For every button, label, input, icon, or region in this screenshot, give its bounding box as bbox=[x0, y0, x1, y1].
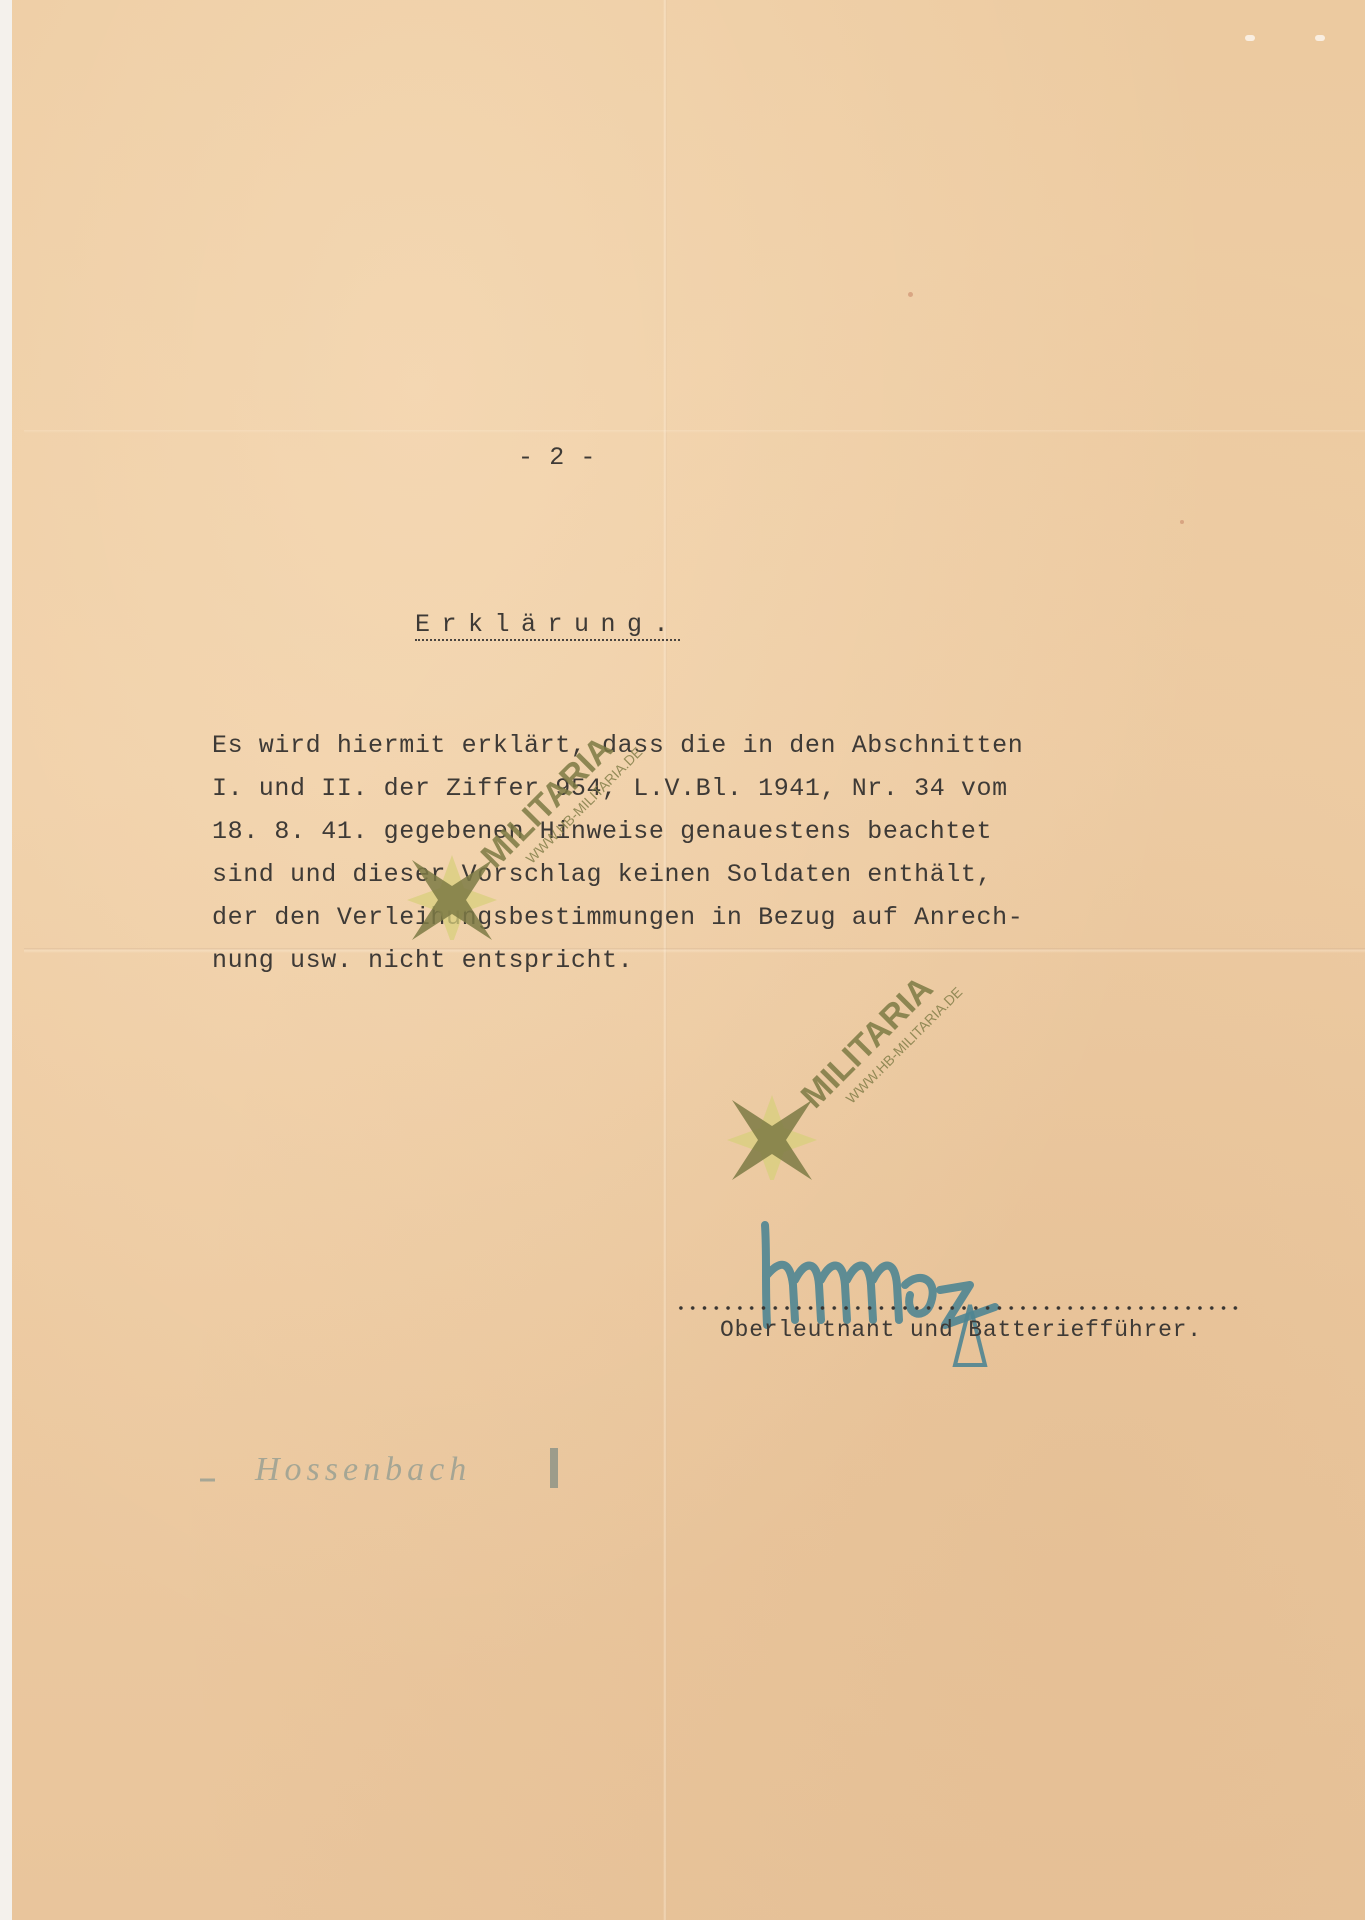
svg-text:Hossenbach: Hossenbach bbox=[254, 1451, 471, 1488]
paper-spot bbox=[1180, 520, 1184, 524]
staple-hole bbox=[1245, 35, 1255, 41]
upper-crease bbox=[24, 430, 1365, 433]
vertical-fold bbox=[663, 0, 667, 1920]
svg-text:MILITARIA: MILITARIA bbox=[474, 729, 621, 876]
document-heading: Erklärung. bbox=[415, 610, 680, 641]
handwritten-signature bbox=[755, 1215, 1115, 1375]
watermark-logo: MILITARIA WWW.HB-MILITARIA.DE bbox=[400, 720, 660, 940]
svg-text:MILITARIA: MILITARIA bbox=[794, 969, 941, 1116]
signature-line bbox=[675, 1306, 1241, 1310]
paper-spot bbox=[908, 292, 913, 297]
watermark-logo: MILITARIA WWW.HB-MILITARIA.DE bbox=[720, 960, 980, 1180]
signatory-title: Oberleutnant und Batteriefführer. bbox=[720, 1317, 1202, 1343]
staple-hole bbox=[1315, 35, 1325, 41]
body-line: nung usw. nicht entspricht. bbox=[212, 946, 633, 975]
page-number: - 2 - bbox=[518, 443, 596, 472]
faint-name-stamp: Hossenbach bbox=[195, 1430, 595, 1510]
